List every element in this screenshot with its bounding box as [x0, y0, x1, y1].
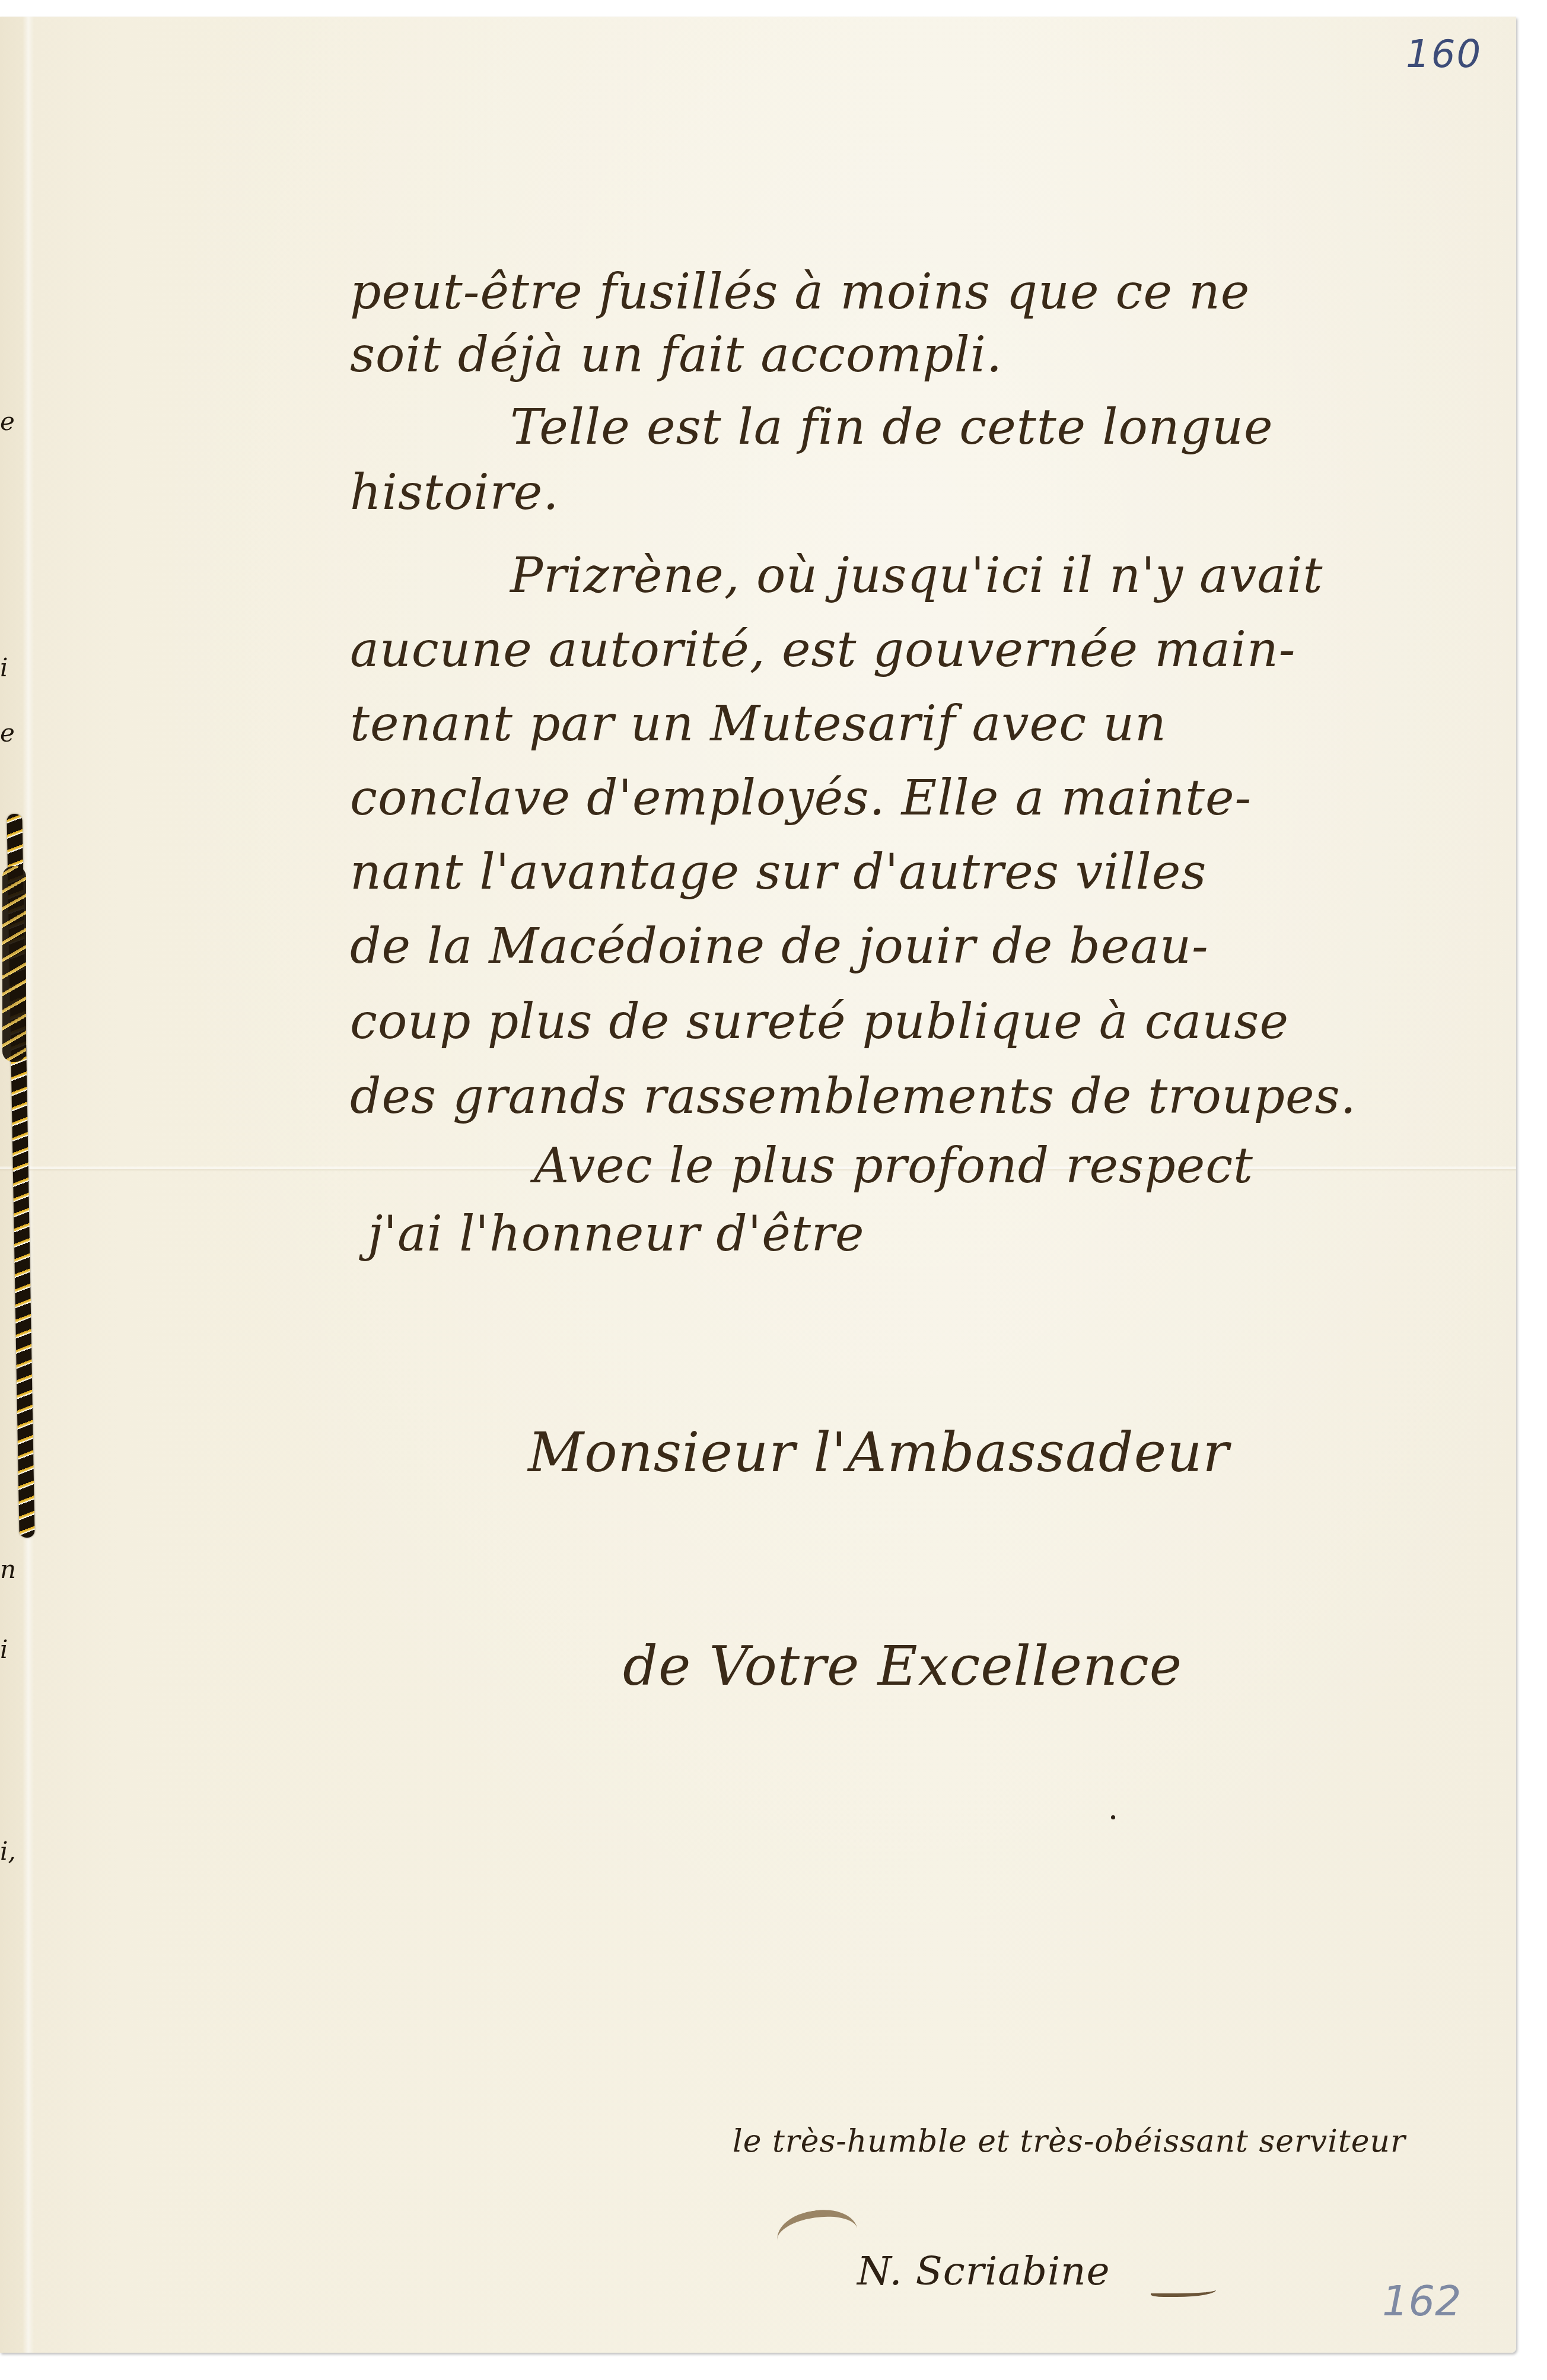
body-line-8: conclave d'employés. Elle a mainte- [350, 774, 1252, 823]
body-line-6: aucune autorité, est gouvernée main- [350, 626, 1296, 674]
body-line-9: nant l'avantage sur d'autres villes [350, 848, 1207, 897]
signature: N. Scriabine [857, 2248, 1110, 2294]
ink-spot [1111, 1815, 1115, 1819]
body-line-10: de la Macédoine de jouir de beau- [350, 922, 1209, 971]
margin-fragment: i [0, 1637, 8, 1662]
margin-fragment: n [0, 1557, 16, 1582]
folio-number-top: 160 [1406, 33, 1482, 77]
salutation: Monsieur l'Ambassadeur [528, 1421, 1229, 1484]
body-line-11: coup plus de sureté publique à cause [350, 998, 1289, 1046]
body-line-1: peut-être fusillés à moins que ce ne [350, 268, 1250, 317]
body-line-12: des grands rassemblements de troupes. [350, 1073, 1357, 1121]
margin-fragment: e [0, 409, 15, 434]
margin-fragment: e [0, 721, 15, 746]
folio-number-bottom: 162 [1382, 2277, 1462, 2325]
margin-fragment: i [0, 656, 8, 680]
body-line-13: Avec le plus profond respect [534, 1142, 1253, 1191]
body-line-7: tenant par un Mutesarif avec un [350, 700, 1167, 749]
body-line-3: Telle est la fin de cette longue [510, 403, 1273, 452]
addressee: de Votre Excellence [623, 1634, 1182, 1698]
body-line-5: Prizrène, où jusqu'ici il n'y avait [510, 552, 1323, 600]
body-line-2: soit déjà un fait accompli. [350, 331, 1002, 380]
valediction: le très-humble et très-obéissant servite… [733, 2124, 1406, 2159]
binding-cord-knot-icon [2, 866, 26, 1062]
body-line-4: histoire. [350, 469, 559, 517]
body-line-14: j'ai l'honneur d'être [368, 1210, 865, 1259]
margin-fragment: i, [0, 1839, 16, 1864]
